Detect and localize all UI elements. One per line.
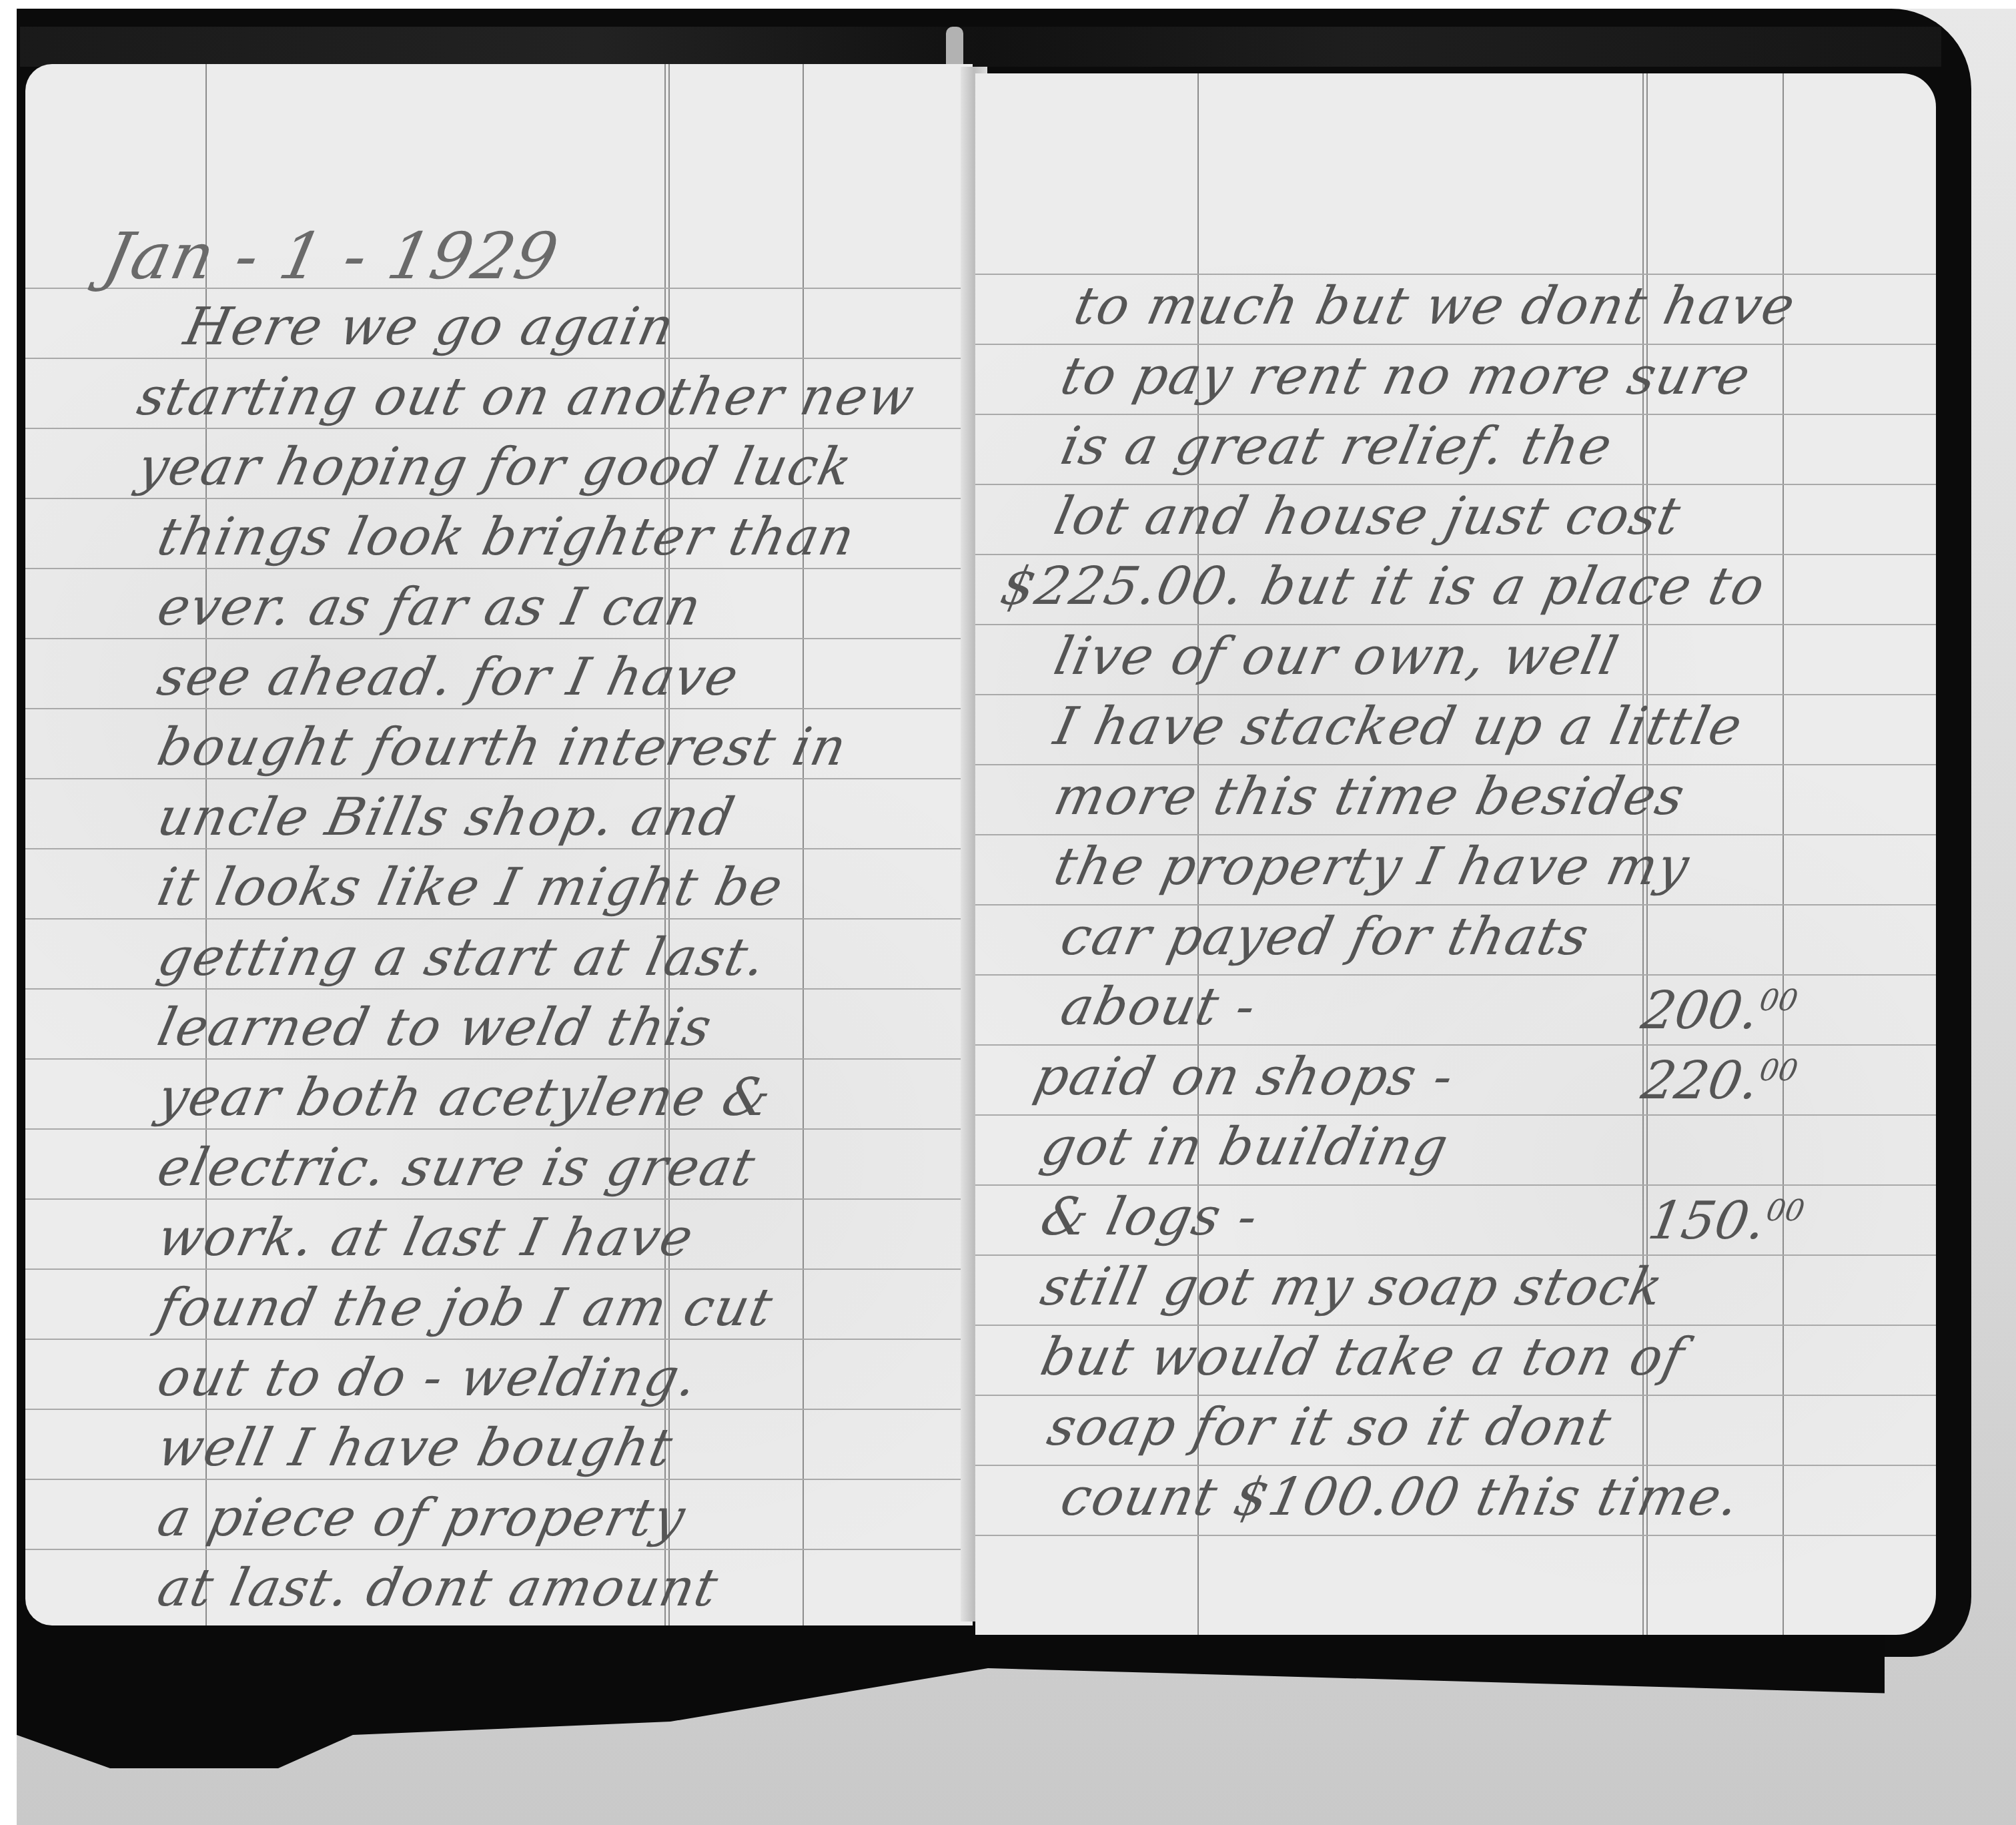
line-rule (975, 1114, 1936, 1116)
line-rule (975, 904, 1936, 905)
line-rule (975, 764, 1936, 765)
line-rule (25, 1479, 973, 1480)
ledger-amount: 220.00 (1637, 1051, 1801, 1111)
diary-line: ever. as far as I can (153, 581, 973, 633)
line-rule (25, 428, 973, 429)
diary-line: see ahead. for I have (153, 651, 973, 703)
line-rule (25, 708, 973, 709)
line-rule (25, 778, 973, 779)
diary-line: I have stacked up a little (1050, 701, 1936, 753)
line-rule (975, 344, 1936, 345)
diary-line: year both acetylene & (153, 1072, 973, 1124)
left-page: Jan - 1 - 1929 Here we go again starting… (25, 64, 973, 1625)
entry-date: Jan - 1 - 1929 (99, 224, 973, 288)
line-rule (975, 1465, 1936, 1466)
diary-line: count $100.00 this time. (1057, 1471, 1936, 1523)
diary-line: well I have bought (153, 1422, 973, 1474)
line-rule (25, 1268, 973, 1270)
line-rule (25, 1198, 973, 1200)
diary-line: Here we go again (180, 301, 973, 353)
right-page: to much but we dont have to pay rent no … (975, 73, 1936, 1635)
line-rule (975, 1325, 1936, 1326)
diary-line: bought fourth interest in (153, 721, 973, 773)
diary-line: things look brighter than (153, 511, 973, 563)
line-rule (25, 848, 973, 849)
amount-cents: 00 (1757, 984, 1801, 1018)
diary-line: at last. dont amount (153, 1562, 973, 1614)
line-rule (975, 694, 1936, 695)
diary-line: getting a start at last. (153, 932, 973, 984)
diary-line: the property I have my (1050, 841, 1936, 893)
diary-line: year hoping for good luck (133, 441, 973, 493)
cover-texture (20, 27, 1941, 67)
line-rule (975, 1535, 1936, 1536)
diary-line: a piece of property (153, 1492, 973, 1544)
line-rule (975, 1044, 1936, 1046)
ledger-amount: 200.00 (1637, 981, 1801, 1041)
amount-dollars: 200 (1637, 981, 1747, 1041)
diary-line: $225.00. but it is a place to (997, 561, 1936, 613)
line-rule (25, 1058, 973, 1060)
line-rule (975, 1395, 1936, 1396)
diary-line: work. at last I have (153, 1212, 973, 1264)
diary-line: uncle Bills shop. and (153, 791, 973, 843)
diary-line: to much but we dont have (1070, 280, 1936, 332)
diary-line: but would take a ton of (1037, 1331, 1936, 1383)
diary-line: got in building (1037, 1121, 1936, 1173)
line-rule (25, 988, 973, 990)
line-rule (25, 1128, 973, 1130)
diary-line: live of our own, well (1050, 631, 1936, 683)
line-rule (975, 414, 1936, 415)
line-rule (975, 624, 1936, 625)
line-rule (975, 554, 1936, 555)
ledger-label: about - (1057, 981, 1936, 1033)
line-rule (25, 568, 973, 569)
diary-line: lot and house just cost (1050, 490, 1936, 542)
ledger-label: paid on shops - (1030, 1051, 1936, 1103)
line-rule (975, 834, 1936, 835)
line-rule (975, 484, 1936, 485)
line-rule (25, 1339, 973, 1340)
diary-line: it looks like I might be (153, 861, 973, 914)
diary-line: to pay rent no more sure (1057, 350, 1936, 402)
amount-dollars: 220 (1637, 1051, 1747, 1111)
ledger-amount: 150.00 (1644, 1191, 1808, 1251)
line-rule (975, 974, 1936, 976)
diary-line: is a great relief. the (1057, 420, 1936, 472)
line-rule (975, 1184, 1936, 1186)
diary-line: found the job I am cut (153, 1282, 973, 1334)
diary-line: more this time besides (1050, 771, 1936, 823)
line-rule (975, 274, 1936, 275)
line-rule (25, 638, 973, 639)
diary-line: car payed for thats (1057, 911, 1936, 963)
line-rule (25, 1409, 973, 1410)
diary-line: still got my soap stock (1037, 1261, 1936, 1313)
amount-cents: 00 (1757, 1054, 1801, 1088)
line-rule (25, 1549, 973, 1550)
amount-dollars: 150 (1644, 1191, 1754, 1251)
diary-line: learned to weld this (153, 1002, 973, 1054)
diary-line: starting out on another new (133, 371, 973, 423)
amount-cents: 00 (1764, 1194, 1807, 1228)
diary-line: soap for it so it dont (1043, 1401, 1936, 1453)
line-rule (25, 358, 973, 359)
diary-line: out to do - welding. (153, 1352, 973, 1404)
line-rule (975, 1254, 1936, 1256)
line-rule (25, 498, 973, 499)
line-rule (25, 918, 973, 920)
diary-line: electric. sure is great (153, 1142, 973, 1194)
